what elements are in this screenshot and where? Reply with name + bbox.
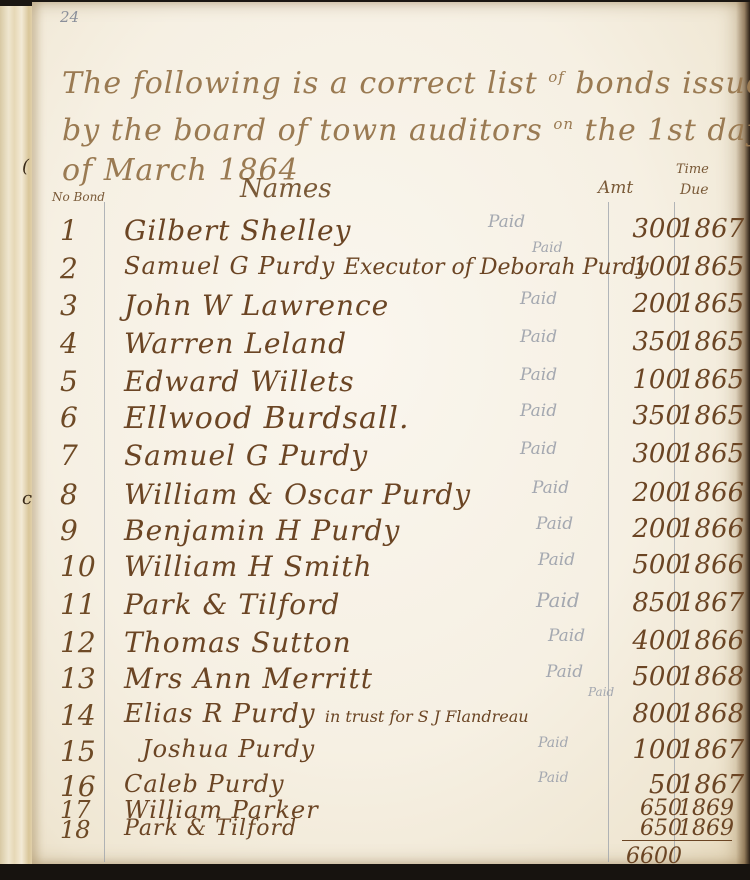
ledger-row: 6 Ellwood Burdsall. Paid 350 1865 xyxy=(32,401,750,437)
bond-number: 7 xyxy=(60,439,100,472)
ledger-row: 8 William & Oscar Purdy Paid 200 1866 xyxy=(32,478,750,514)
bond-holder-name: Edward Willets xyxy=(124,365,355,398)
bond-due-year: 1866 xyxy=(678,626,744,656)
bond-number: 3 xyxy=(60,289,100,322)
bond-amount: 300 xyxy=(614,439,682,469)
bond-number: 2 xyxy=(60,252,100,285)
heading-line-1: The following is a correct list of bonds… xyxy=(62,57,742,104)
paid-mark: Paid xyxy=(520,289,557,309)
ledger-row: 15 Joshua Purdy Paid 100 1867 xyxy=(32,735,750,771)
bond-amount: 200 xyxy=(614,514,682,544)
ledger-row: 9 Benjamin H Purdy Paid 200 1866 xyxy=(32,514,750,550)
paid-mark: Paid xyxy=(520,365,557,385)
bond-holder-name: William H Smith xyxy=(124,550,373,583)
back-page-mark: c xyxy=(22,488,32,509)
ledger-row: 1 Gilbert Shelley Paid 300 1867 xyxy=(32,214,750,250)
bond-due-year: 1868 xyxy=(678,699,744,729)
bond-due-year: 1869 xyxy=(678,816,734,841)
bond-holder-name: Gilbert Shelley xyxy=(124,214,351,247)
paid-mark: Paid xyxy=(546,662,583,682)
column-header-no-bond: No Bond xyxy=(52,190,105,204)
bond-number: 18 xyxy=(60,816,100,844)
paid-mark: Paid xyxy=(538,550,575,570)
bond-amount: 350 xyxy=(614,327,682,357)
bond-number: 5 xyxy=(60,365,100,398)
heading-insert: of xyxy=(548,68,565,86)
bond-number: 1 xyxy=(60,214,100,247)
paid-mark: Paid xyxy=(588,685,614,699)
ledger-row: 12 Thomas Sutton Paid 400 1866 xyxy=(32,626,750,662)
bond-holder-name: John W Lawrence xyxy=(124,289,389,322)
bond-holder-name: Warren Leland xyxy=(124,327,347,360)
column-header-time: Time xyxy=(676,162,709,177)
bond-holder-name: Thomas Sutton xyxy=(124,626,352,659)
bond-due-year: 1865 xyxy=(678,401,744,431)
bond-note: in trust for S J Flandreau xyxy=(325,707,529,726)
ledger-row: 10 William H Smith Paid 500 1866 xyxy=(32,550,750,586)
bond-amount: 100 xyxy=(614,252,682,282)
ledger-row: 11 Park & Tilford Paid 850 1867 xyxy=(32,588,750,624)
back-page-mark: ( xyxy=(22,156,29,177)
ledger-row: 2 Samuel G Purdy Executor of Deborah Pur… xyxy=(32,252,750,288)
bond-amount: 500 xyxy=(614,662,682,692)
bond-number: 9 xyxy=(60,514,100,547)
heading-line-2: by the board of town auditors on the 1st… xyxy=(62,104,742,151)
paid-mark: Paid xyxy=(536,588,580,612)
column-header-names: Names xyxy=(240,174,332,204)
bond-holder-name: Joshua Purdy xyxy=(142,735,315,763)
bond-amount: 100 xyxy=(614,735,682,765)
column-header-due: Due xyxy=(680,182,709,198)
bond-holder-name: Park & Tilford xyxy=(124,816,297,841)
bond-amount: 850 xyxy=(614,588,682,618)
paid-mark: Paid xyxy=(538,735,569,751)
ledger-row: 13 Mrs Ann Merritt Paid 500 1868 xyxy=(32,662,750,698)
bond-holder-name: Elias R Purdy in trust for S J Flandreau xyxy=(124,699,529,729)
ledger-row: 14 Elias R Purdy in trust for S J Flandr… xyxy=(32,699,750,735)
column-header-amount: Amt xyxy=(598,178,633,198)
paid-mark: Paid xyxy=(536,514,573,534)
bond-holder-name: Caleb Purdy xyxy=(124,770,285,798)
ledger-row: 5 Edward Willets Paid 100 1865 xyxy=(32,365,750,401)
bond-due-year: 1865 xyxy=(678,365,744,395)
bond-due-year: 1867 xyxy=(678,214,744,244)
bond-holder-name: Samuel G Purdy Executor of Deborah Purdy xyxy=(124,252,649,280)
paid-mark: Paid xyxy=(538,770,569,786)
bond-number: 14 xyxy=(60,699,100,732)
ledger-page: 24 The following is a correct list of bo… xyxy=(32,2,750,864)
bond-due-year: 1865 xyxy=(678,289,744,319)
bond-amount: 400 xyxy=(614,626,682,656)
bond-holder-name: William & Oscar Purdy xyxy=(124,478,471,511)
bond-amount: 650 xyxy=(614,816,682,841)
ledger-row: 4 Warren Leland Paid 350 1865 xyxy=(32,327,750,363)
heading-line-3: of March 1864 xyxy=(62,151,742,191)
bond-due-year: 1866 xyxy=(678,478,744,508)
paid-mark: Paid xyxy=(520,401,557,421)
ledger-row: 3 John W Lawrence Paid 200 1865 xyxy=(32,289,750,325)
bond-due-year: 1865 xyxy=(678,327,744,357)
page-heading: The following is a correct list of bonds… xyxy=(62,57,742,191)
bond-due-year: 1866 xyxy=(678,514,744,544)
bond-due-year: 1867 xyxy=(678,588,744,618)
bond-number: 10 xyxy=(60,550,100,583)
bond-amount: 350 xyxy=(614,401,682,431)
paid-mark: Paid xyxy=(520,439,557,459)
total-underline xyxy=(622,840,732,841)
bond-number: 6 xyxy=(60,401,100,434)
paid-mark: Paid xyxy=(488,212,525,232)
bond-amount: 200 xyxy=(614,289,682,319)
bond-due-year: 1865 xyxy=(678,439,744,469)
paid-mark: Paid xyxy=(548,626,585,646)
bond-holder-name: Samuel G Purdy xyxy=(124,439,368,472)
bond-amount: 300 xyxy=(614,214,682,244)
page-bottom-edge xyxy=(0,864,750,880)
bond-amount: 800 xyxy=(614,699,682,729)
bond-number: 11 xyxy=(60,588,100,621)
bond-due-year: 1867 xyxy=(678,735,744,765)
bond-number: 8 xyxy=(60,478,100,511)
bond-amount: 500 xyxy=(614,550,682,580)
bond-number: 13 xyxy=(60,662,100,695)
heading-insert: on xyxy=(553,115,574,133)
bond-due-year: 1868 xyxy=(678,662,744,692)
ledger-row: 7 Samuel G Purdy Paid 300 1865 xyxy=(32,439,750,475)
paid-mark: Paid xyxy=(532,478,569,498)
bond-number: 15 xyxy=(60,735,100,768)
bond-holder-name: Park & Tilford xyxy=(124,588,340,621)
bond-holder-name: Mrs Ann Merritt xyxy=(124,662,373,695)
bond-due-year: 1865 xyxy=(678,252,744,282)
paid-mark: Paid xyxy=(532,240,563,256)
bond-number: 12 xyxy=(60,626,100,659)
bond-amount: 200 xyxy=(614,478,682,508)
bond-number: 4 xyxy=(60,327,100,360)
bond-note: Executor of Deborah Purdy xyxy=(344,255,649,280)
paid-mark: Paid xyxy=(520,327,557,347)
page-number: 24 xyxy=(60,8,79,26)
bond-amount: 100 xyxy=(614,365,682,395)
bond-due-year: 1866 xyxy=(678,550,744,580)
bond-holder-name: Benjamin H Purdy xyxy=(124,514,400,547)
bond-holder-name: Ellwood Burdsall. xyxy=(124,401,410,436)
